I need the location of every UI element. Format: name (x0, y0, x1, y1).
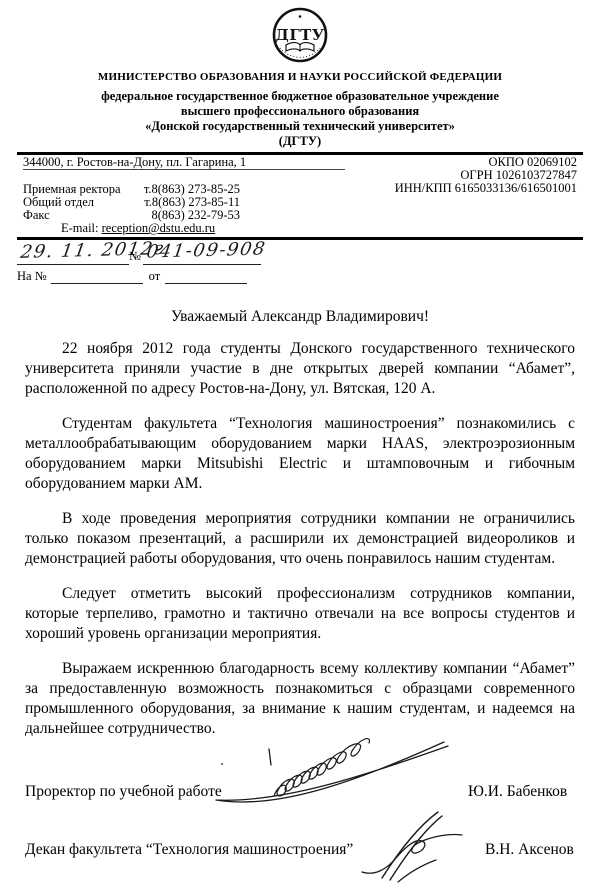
body-paragraph-1: 22 ноября 2012 года студенты Донского го… (25, 339, 575, 399)
number-sign: № (129, 249, 141, 264)
postal-address: 344000, г. Ростов-на-Дону, пл. Гагарина,… (23, 156, 345, 170)
reply-from-label: от (149, 269, 161, 284)
letter-body: Уважаемый Александр Владимирович! 22 ноя… (25, 300, 575, 739)
reply-number-blank (51, 272, 143, 284)
signer-name-babenkov: Ю.И. Бабенков (468, 783, 567, 801)
email-label: E-mail: (61, 221, 99, 235)
signer-title-prorector: Проректор по учебной работе (25, 783, 222, 801)
handwritten-outgoing-number: 041-09-908 (145, 238, 267, 262)
contact-block: 344000, г. Ростов-на-Дону, пл. Гагарина,… (17, 152, 583, 240)
email-row: E-mail: reception@dstu.edu.ru (23, 222, 363, 235)
body-paragraph-2: Студентам факультета “Технология машинос… (25, 414, 575, 494)
date-underline (17, 263, 129, 265)
org-name-line2: высшего профессионального образования (0, 104, 600, 119)
reference-block: 29. 11. 2012г № 041-09-908 На № от (17, 244, 317, 282)
handwritten-date: 29. 11. 2012г (19, 238, 166, 263)
emblem-text: ДГТУ (275, 26, 324, 44)
reply-prefix: На № (17, 269, 47, 284)
dgtu-emblem-icon: ДГТУ (267, 5, 333, 65)
reply-date-blank (165, 272, 247, 284)
letter-document: ДГТУ МИНИСТЕРСТВО ОБРАЗОВАНИЯ И НАУКИ РО… (0, 0, 600, 894)
body-paragraph-3: В ходе проведения мероприятия сотрудники… (25, 509, 575, 569)
body-paragraph-4: Следует отметить высокий профессионализм… (25, 584, 575, 644)
body-paragraph-5: Выражаем искреннюю благодарность всему к… (25, 659, 575, 739)
signature-scribble-babenkov (212, 736, 462, 814)
signature-scribble-aksenov (352, 810, 472, 885)
number-underline (143, 263, 261, 265)
org-abbreviation: (ДГТУ) (0, 134, 600, 149)
org-name-line1: федеральное государственное бюджетное об… (0, 89, 600, 104)
ministry-heading: МИНИСТЕРСТВО ОБРАЗОВАНИЯ И НАУКИ РОССИЙС… (0, 71, 600, 83)
org-name-line3: «Донской государственный технический уни… (0, 119, 600, 134)
signer-name-aksenov: В.Н. Аксенов (485, 841, 574, 859)
reply-reference-line: На № от (17, 269, 247, 284)
signer-title-dean: Декан факультета “Технология машинострое… (25, 841, 353, 859)
email-address: reception@dstu.edu.ru (102, 221, 216, 235)
salutation: Уважаемый Александр Владимирович! (25, 300, 575, 327)
inn-kpp-code: ИНН/КПП 6165033136/616501001 (363, 182, 577, 195)
